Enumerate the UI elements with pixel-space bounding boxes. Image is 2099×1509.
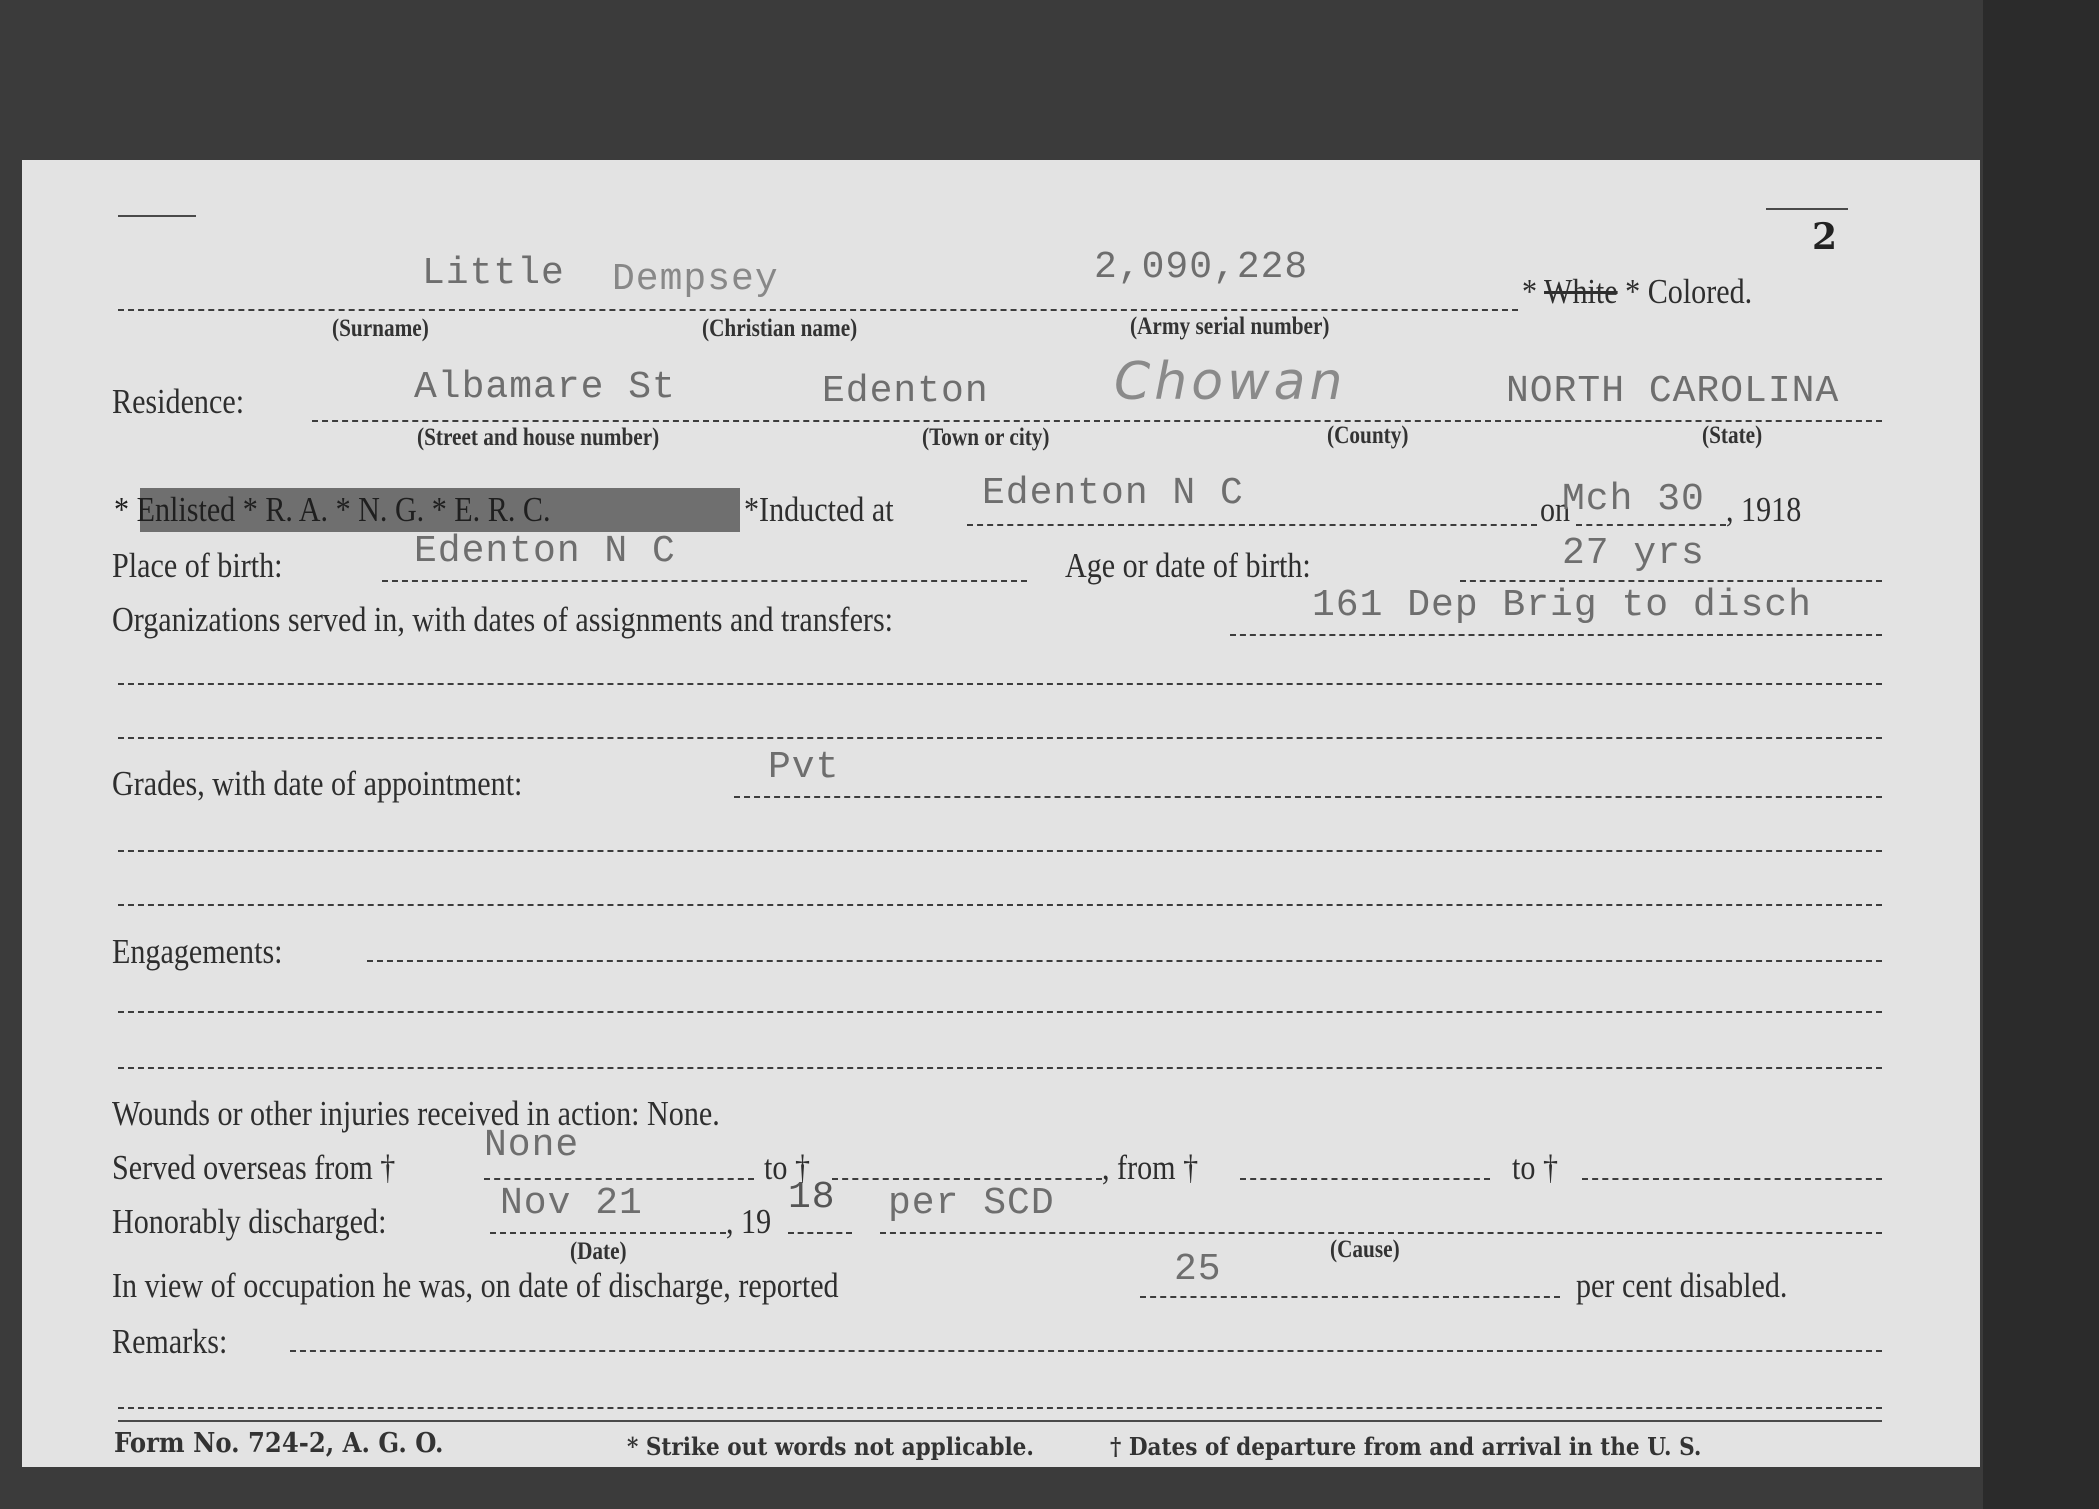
service-record-card: 2 Little Dempsey 2,090,228 * White * Col… bbox=[22, 160, 1980, 1467]
name-line bbox=[118, 309, 1518, 311]
enlistment-options: * Enlisted * R. A. * N. G. * E. R. C. bbox=[114, 490, 550, 530]
page-number: 2 bbox=[1812, 216, 1837, 258]
organizations-line-2 bbox=[118, 683, 1882, 685]
race-colored: Colored. bbox=[1648, 272, 1753, 311]
inducted-year: , 1918 bbox=[1726, 490, 1801, 530]
discharge-year-prefix: , 19 bbox=[726, 1202, 771, 1242]
organizations-value: 161 Dep Brig to disch bbox=[1312, 584, 1812, 627]
remarks-line-2 bbox=[118, 1407, 1882, 1409]
remarks-label: Remarks: bbox=[112, 1322, 227, 1362]
wounds-label: Wounds or other injuries received in act… bbox=[112, 1094, 720, 1134]
grades-line-2 bbox=[118, 850, 1882, 852]
age-line bbox=[1460, 580, 1882, 582]
disability-label: In view of occupation he was, on date of… bbox=[112, 1266, 839, 1306]
inducted-at-value: Edenton N C bbox=[982, 472, 1244, 515]
organizations-line-3 bbox=[118, 737, 1882, 739]
overseas-from2-line bbox=[1240, 1178, 1490, 1180]
inducted-label: *Inducted at bbox=[744, 490, 894, 530]
footnote-dates: † Dates of departure from and arrival in… bbox=[1110, 1432, 1701, 1461]
form-number: Form No. 724-2, A. G. O. bbox=[114, 1428, 443, 1459]
overseas-label-text: Served overseas from bbox=[112, 1148, 373, 1187]
discharge-cause-line bbox=[880, 1232, 1882, 1234]
discharge-cause-value: per SCD bbox=[888, 1182, 1055, 1225]
discharge-date-value: Nov 21 bbox=[500, 1182, 643, 1225]
surname-caption: (Surname) bbox=[332, 315, 429, 343]
footer-rule bbox=[118, 1420, 1882, 1422]
overseas-to2-label: to † bbox=[1512, 1148, 1558, 1188]
overseas-to2-line bbox=[1582, 1178, 1882, 1180]
discharge-label: Honorably discharged: bbox=[112, 1202, 386, 1242]
remarks-line-1 bbox=[290, 1350, 1882, 1352]
residence-street-value: Albamare St bbox=[414, 366, 676, 409]
disability-value: 25 bbox=[1174, 1248, 1222, 1291]
serial-number-caption: (Army serial number) bbox=[1130, 313, 1329, 341]
engagements-line-2 bbox=[118, 1011, 1882, 1013]
disability-suffix: per cent disabled. bbox=[1576, 1266, 1787, 1306]
age-label: Age or date of birth: bbox=[1065, 546, 1311, 586]
race-white-struck: White bbox=[1544, 272, 1618, 311]
race-asterisk-1: * bbox=[1522, 272, 1537, 311]
grades-line-3 bbox=[118, 904, 1882, 906]
footnote-strike: * Strike out words not applicable. bbox=[627, 1432, 1034, 1461]
scanner-background-strip bbox=[1983, 0, 2099, 1509]
discharge-date-line bbox=[490, 1232, 726, 1234]
inducted-at-line bbox=[967, 524, 1537, 526]
engagements-line-3 bbox=[118, 1067, 1882, 1069]
inducted-date-line bbox=[1576, 524, 1726, 526]
dagger-1: † bbox=[380, 1148, 395, 1187]
organizations-label: Organizations served in, with dates of a… bbox=[112, 600, 893, 640]
grades-label: Grades, with date of appointment: bbox=[112, 764, 522, 804]
discharge-year-suffix: 18 bbox=[788, 1176, 836, 1219]
street-caption: (Street and house number) bbox=[417, 424, 659, 452]
state-caption: (State) bbox=[1702, 422, 1762, 450]
residence-county-value: Chowan bbox=[1114, 352, 1346, 412]
inducted-date-value: Mch 30 bbox=[1562, 478, 1705, 521]
place-of-birth-label: Place of birth: bbox=[112, 546, 283, 586]
overseas-from-value: None bbox=[484, 1124, 579, 1167]
age-value: 27 yrs bbox=[1562, 532, 1705, 575]
disability-line bbox=[1140, 1296, 1560, 1298]
wounds-value: None. bbox=[647, 1094, 720, 1133]
race-options: * White * Colored. bbox=[1522, 272, 1752, 312]
christian-name-caption: (Christian name) bbox=[702, 315, 857, 343]
surname-value: Little bbox=[422, 252, 565, 295]
top-right-rule bbox=[1766, 208, 1848, 210]
christian-name-value: Dempsey bbox=[612, 258, 779, 301]
engagements-line-1 bbox=[367, 960, 1882, 962]
residence-label: Residence: bbox=[112, 382, 244, 422]
place-of-birth-line bbox=[382, 580, 1027, 582]
town-caption: (Town or city) bbox=[922, 424, 1050, 452]
county-caption: (County) bbox=[1327, 422, 1408, 450]
organizations-line-1 bbox=[1230, 634, 1882, 636]
overseas-from-line bbox=[484, 1178, 754, 1180]
residence-line bbox=[312, 420, 1882, 422]
race-asterisk-2: * bbox=[1625, 272, 1640, 311]
residence-town-value: Edenton bbox=[822, 370, 989, 413]
serial-number-value: 2,090,228 bbox=[1094, 246, 1308, 289]
residence-state-value: NORTH CAROLINA bbox=[1506, 370, 1839, 413]
overseas-to-line bbox=[832, 1178, 1102, 1180]
overseas-from2-label: , from † bbox=[1102, 1148, 1198, 1188]
grades-line-1 bbox=[734, 796, 1882, 798]
place-of-birth-value: Edenton N C bbox=[414, 530, 676, 573]
grades-value: Pvt bbox=[768, 746, 839, 789]
engagements-label: Engagements: bbox=[112, 932, 283, 972]
date-caption: (Date) bbox=[570, 1238, 627, 1266]
overseas-label: Served overseas from † bbox=[112, 1148, 395, 1188]
cause-caption: (Cause) bbox=[1330, 1236, 1400, 1264]
top-left-rule bbox=[118, 215, 196, 217]
discharge-year-line bbox=[788, 1232, 852, 1234]
